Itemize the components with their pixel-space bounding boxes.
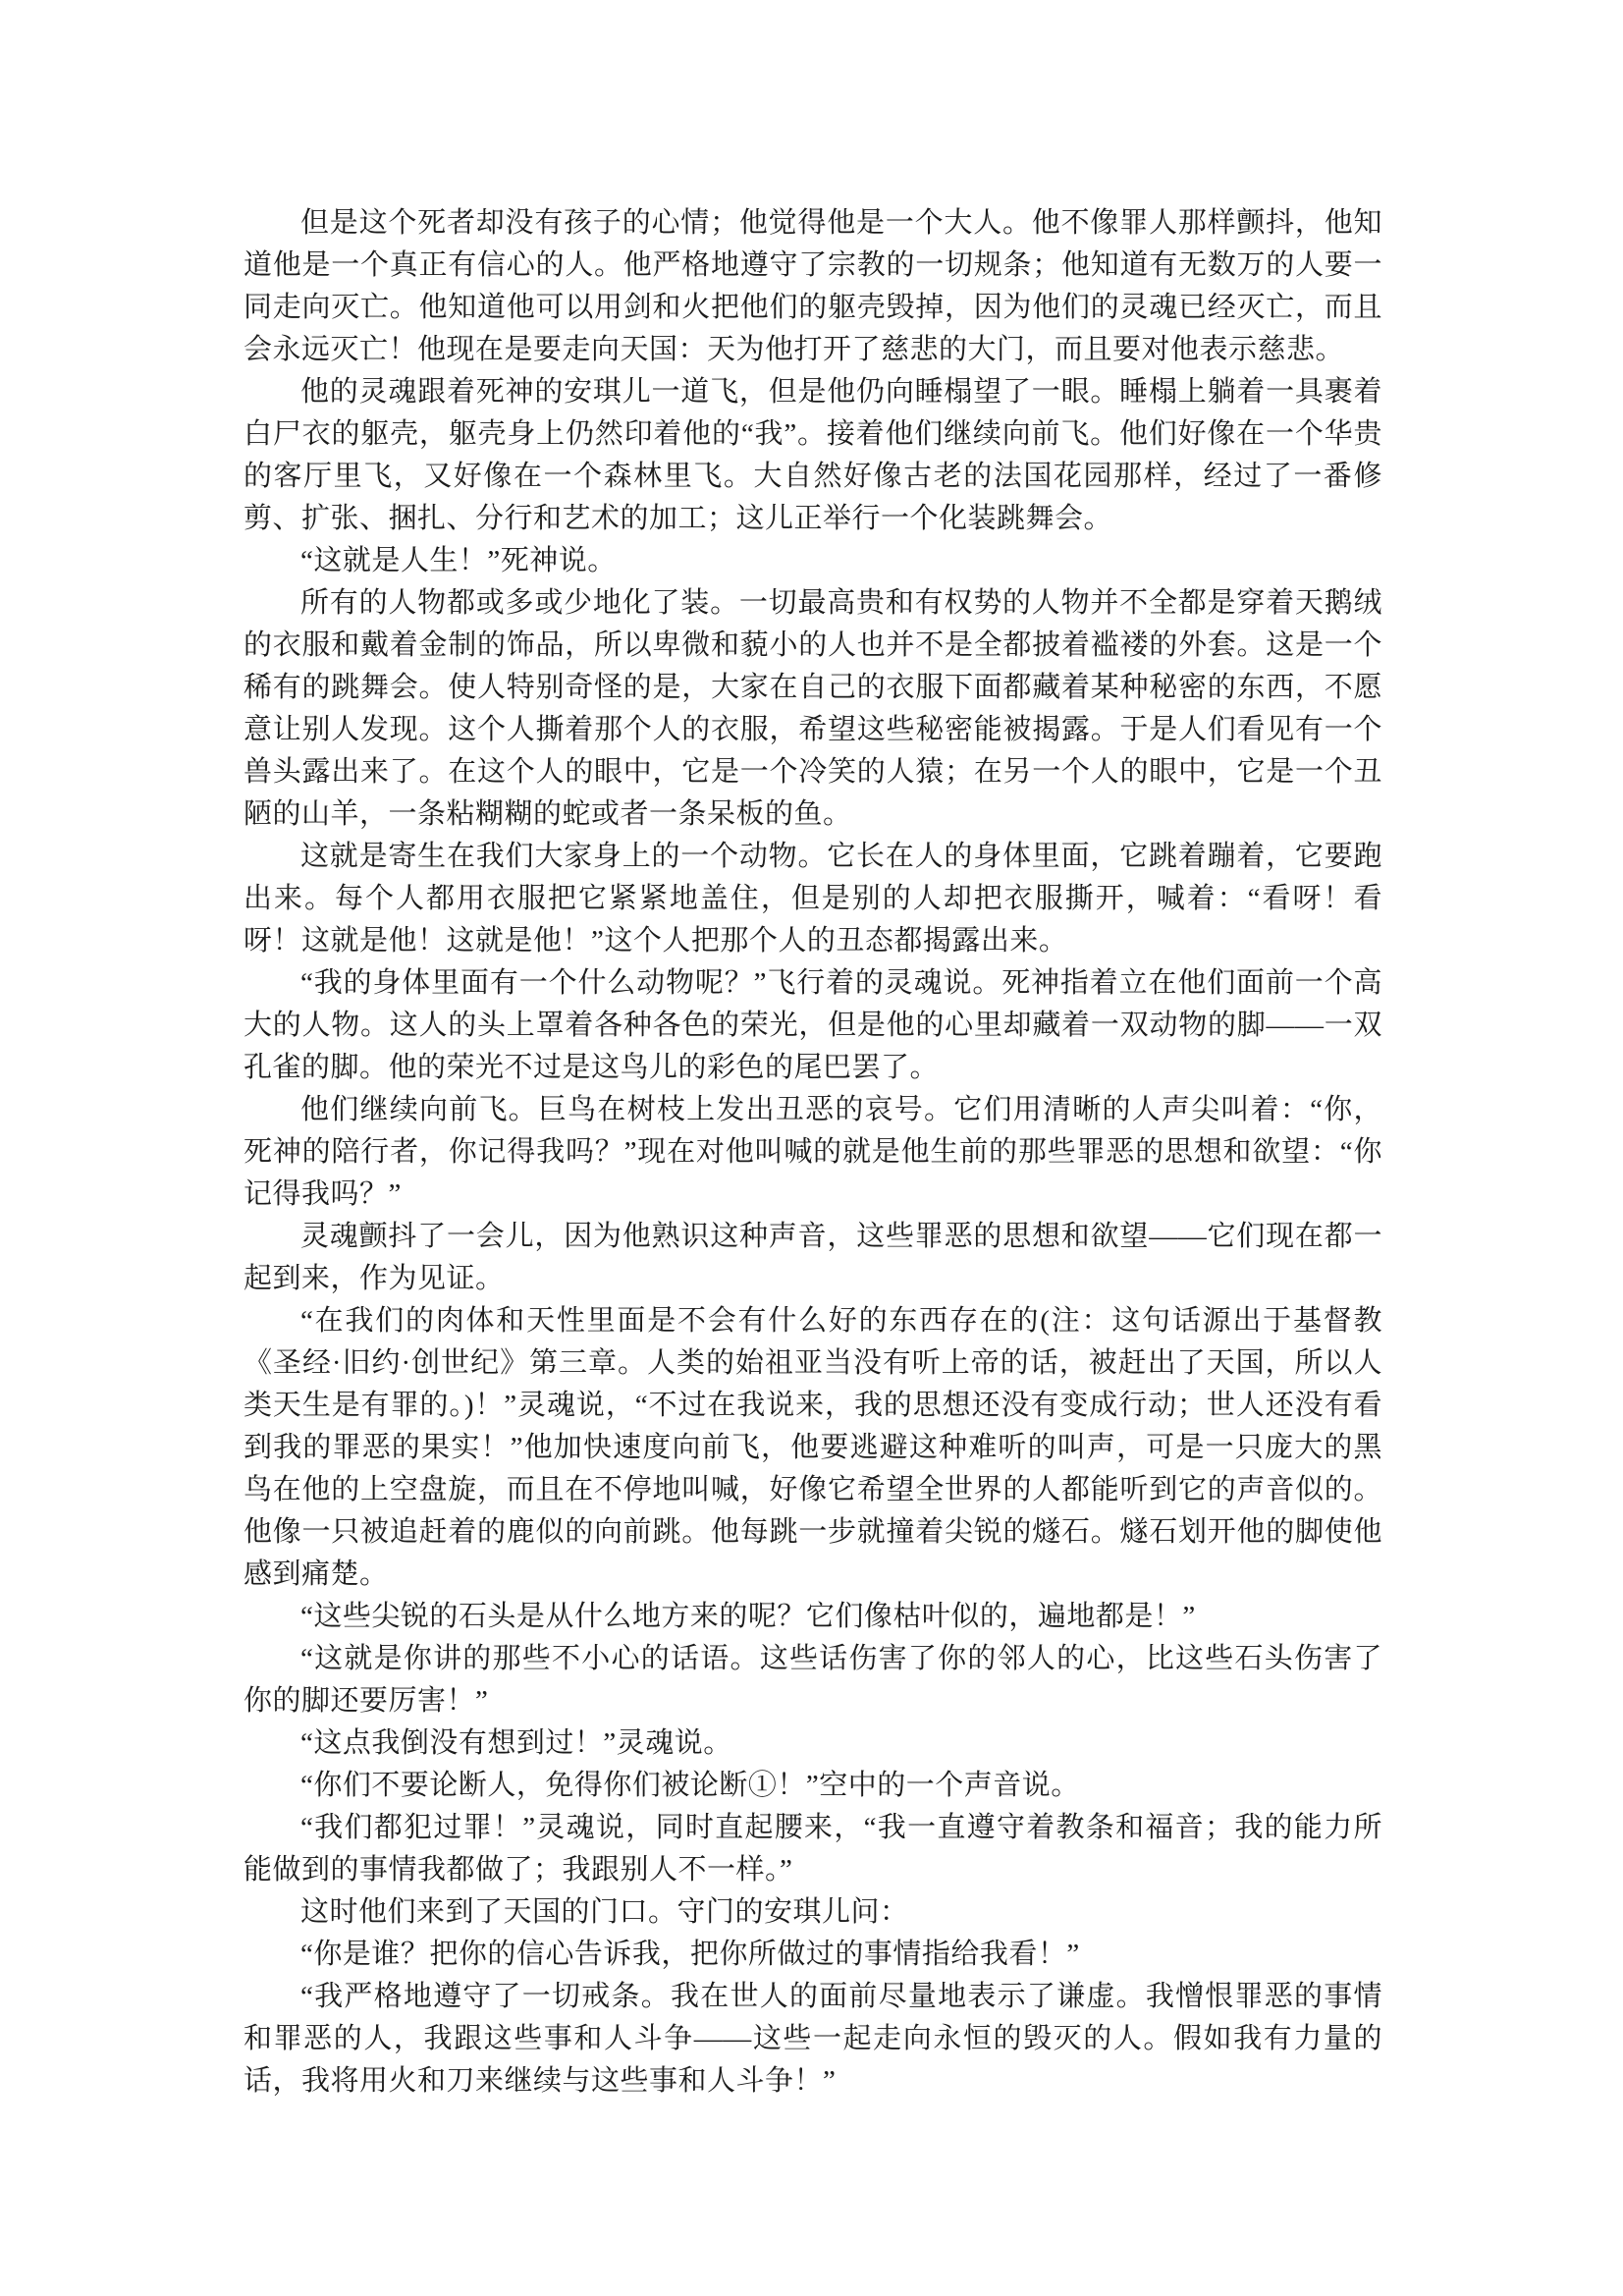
paragraph: 他的灵魂跟着死神的安琪儿一道飞，但是他仍向睡榻望了一眼。睡榻上躺着一具裹着白尸衣… (243, 371, 1382, 540)
paragraph: “这些尖锐的石头是从什么地方来的呢？它们像枯叶似的，遍地都是！” (243, 1596, 1382, 1638)
paragraph: “你们不要论断人，免得你们被论断①！”空中的一个声音说。 (243, 1765, 1382, 1807)
paragraph: 这时他们来到了天国的门口。守门的安琪儿问： (243, 1891, 1382, 1934)
paragraph: “这就是你讲的那些不小心的话语。这些话伤害了你的邻人的心，比这些石头伤害了你的脚… (243, 1638, 1382, 1722)
paragraph: 但是这个死者却没有孩子的心情；他觉得他是一个大人。他不像罪人那样颤抖，他知道他是… (243, 202, 1382, 371)
paragraph: “我的身体里面有一个什么动物呢？”飞行着的灵魂说。死神指着立在他们面前一个高大的… (243, 962, 1382, 1089)
paragraph: “这点我倒没有想到过！”灵魂说。 (243, 1722, 1382, 1765)
paragraph: “在我们的肉体和天性里面是不会有什么好的东西存在的(注：这句话源出于基督教《圣经… (243, 1300, 1382, 1596)
paragraph: “我严格地遵守了一切戒条。我在世人的面前尽量地表示了谦虚。我憎恨罪恶的事情和罪恶… (243, 1976, 1382, 2103)
paragraph: 这就是寄生在我们大家身上的一个动物。它长在人的身体里面，它跳着蹦着，它要跑出来。… (243, 836, 1382, 962)
text-column: 但是这个死者却没有孩子的心情；他觉得他是一个大人。他不像罪人那样颤抖，他知道他是… (243, 202, 1382, 2103)
paragraph: “这就是人生！”死神说。 (243, 540, 1382, 582)
document-page: 但是这个死者却没有孩子的心情；他觉得他是一个大人。他不像罪人那样颤抖，他知道他是… (0, 0, 1623, 2296)
paragraph: 他们继续向前飞。巨鸟在树枝上发出丑恶的哀号。它们用清晰的人声尖叫着：“你，死神的… (243, 1089, 1382, 1216)
paragraph: 灵魂颤抖了一会儿，因为他熟识这种声音，这些罪恶的思想和欲望——它们现在都一起到来… (243, 1216, 1382, 1300)
paragraph: 所有的人物都或多或少地化了装。一切最高贵和有权势的人物并不全都是穿着天鹅绒的衣服… (243, 582, 1382, 836)
paragraph: “你是谁？把你的信心告诉我，把你所做过的事情指给我看！” (243, 1934, 1382, 1976)
paragraph: “我们都犯过罪！”灵魂说，同时直起腰来，“我一直遵守着教条和福音；我的能力所能做… (243, 1807, 1382, 1891)
